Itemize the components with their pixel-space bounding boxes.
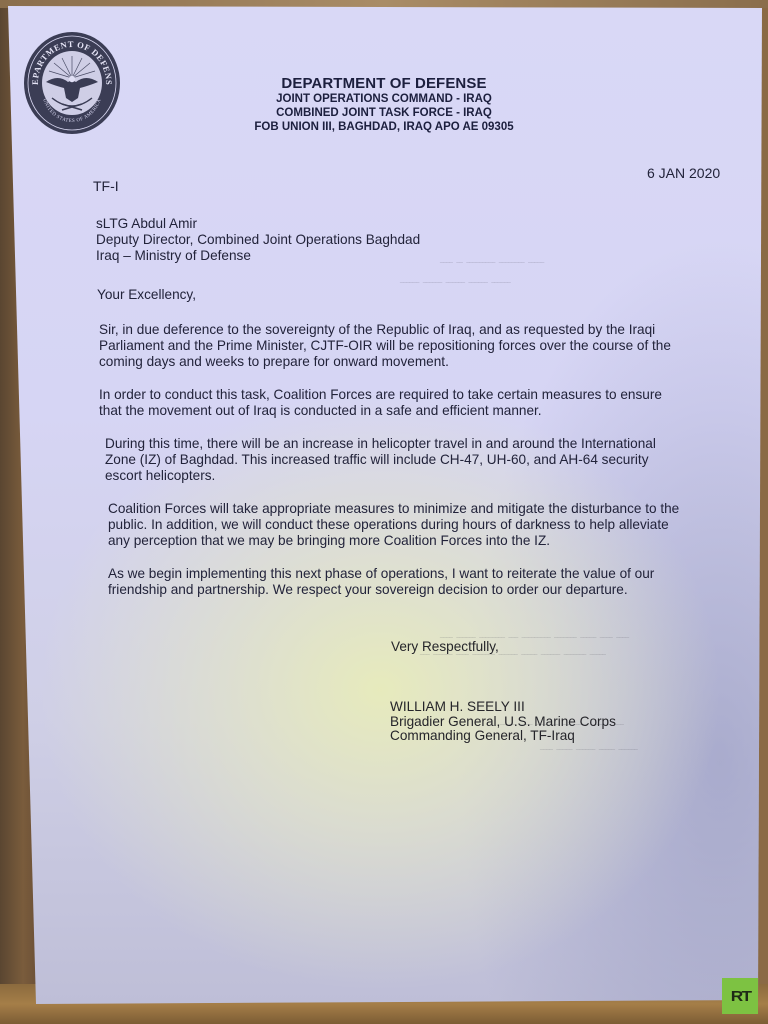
paragraph-line: coming days and weeks to prepare for onw… <box>99 354 719 370</box>
letterhead-title: DEPARTMENT OF DEFENSE <box>0 75 768 92</box>
rt-watermark-logo: RT <box>722 978 758 1014</box>
salutation: Your Excellency, <box>97 287 196 303</box>
closing: Very Respectfully, <box>391 639 499 655</box>
paragraph-line: Parliament and the Prime Minister, CJTF-… <box>99 338 719 354</box>
paragraph-line: escort helicopters. <box>105 468 725 484</box>
letter-date: 6 JAN 2020 <box>647 165 720 181</box>
paragraph-line: Coalition Forces will take appropriate m… <box>108 501 728 517</box>
bleed-through-text: ـــــ ــــــــ ـــــــــ ــ ــــ <box>440 253 544 266</box>
body-paragraph: During this time, there will be an incre… <box>105 436 725 484</box>
office-symbol: TF-I <box>93 178 119 194</box>
signer-title: Commanding General, TF-Iraq <box>390 729 616 744</box>
paragraph-line: During this time, there will be an incre… <box>105 436 725 452</box>
paragraph-line: friendship and partnership. We respect y… <box>108 582 728 598</box>
paragraph-line: that the movement out of Iraq is conduct… <box>99 403 719 419</box>
recipient-name: sLTG Abdul Amir <box>96 216 420 232</box>
body-paragraph: In order to conduct this task, Coalition… <box>99 387 719 419</box>
paragraph-line: public. In addition, we will conduct the… <box>108 517 728 533</box>
bleed-through-text: ــــــ ــــــ ــــــ ــــــ ــــــ <box>400 273 511 286</box>
signature-block: WILLIAM H. SEELY III Brigadier General, … <box>390 700 616 744</box>
paragraph-line: Sir, in due deference to the sovereignty… <box>99 322 719 338</box>
letterhead-task-force: COMBINED JOINT TASK FORCE - IRAQ <box>0 107 768 119</box>
recipient-position: Deputy Director, Combined Joint Operatio… <box>96 232 420 248</box>
body-paragraph: Coalition Forces will take appropriate m… <box>108 501 728 549</box>
letter-paper: ـــــ ــــــــ ـــــــــ ــ ــــ ــــــ … <box>0 0 768 1024</box>
signer-rank: Brigadier General, U.S. Marine Corps <box>390 715 616 730</box>
paragraph-line: any perception that we may be bringing m… <box>108 533 728 549</box>
signer-name: WILLIAM H. SEELY III <box>390 700 616 715</box>
body-paragraph: Sir, in due deference to the sovereignty… <box>99 322 719 370</box>
paragraph-line: Zone (IZ) of Baghdad. This increased tra… <box>105 452 725 468</box>
letterhead-address: FOB UNION III, BAGHDAD, IRAQ APO AE 0930… <box>0 121 768 133</box>
rt-logo-text: RT <box>730 988 750 1005</box>
recipient-organization: Iraq – Ministry of Defense <box>96 248 420 264</box>
paragraph-line: As we begin implementing this next phase… <box>108 566 728 582</box>
recipient-block: sLTG Abdul Amir Deputy Director, Combine… <box>96 216 420 264</box>
letterhead-command: JOINT OPERATIONS COMMAND - IRAQ <box>0 93 768 105</box>
body-paragraph: As we begin implementing this next phase… <box>108 566 728 598</box>
paragraph-line: In order to conduct this task, Coalition… <box>99 387 719 403</box>
